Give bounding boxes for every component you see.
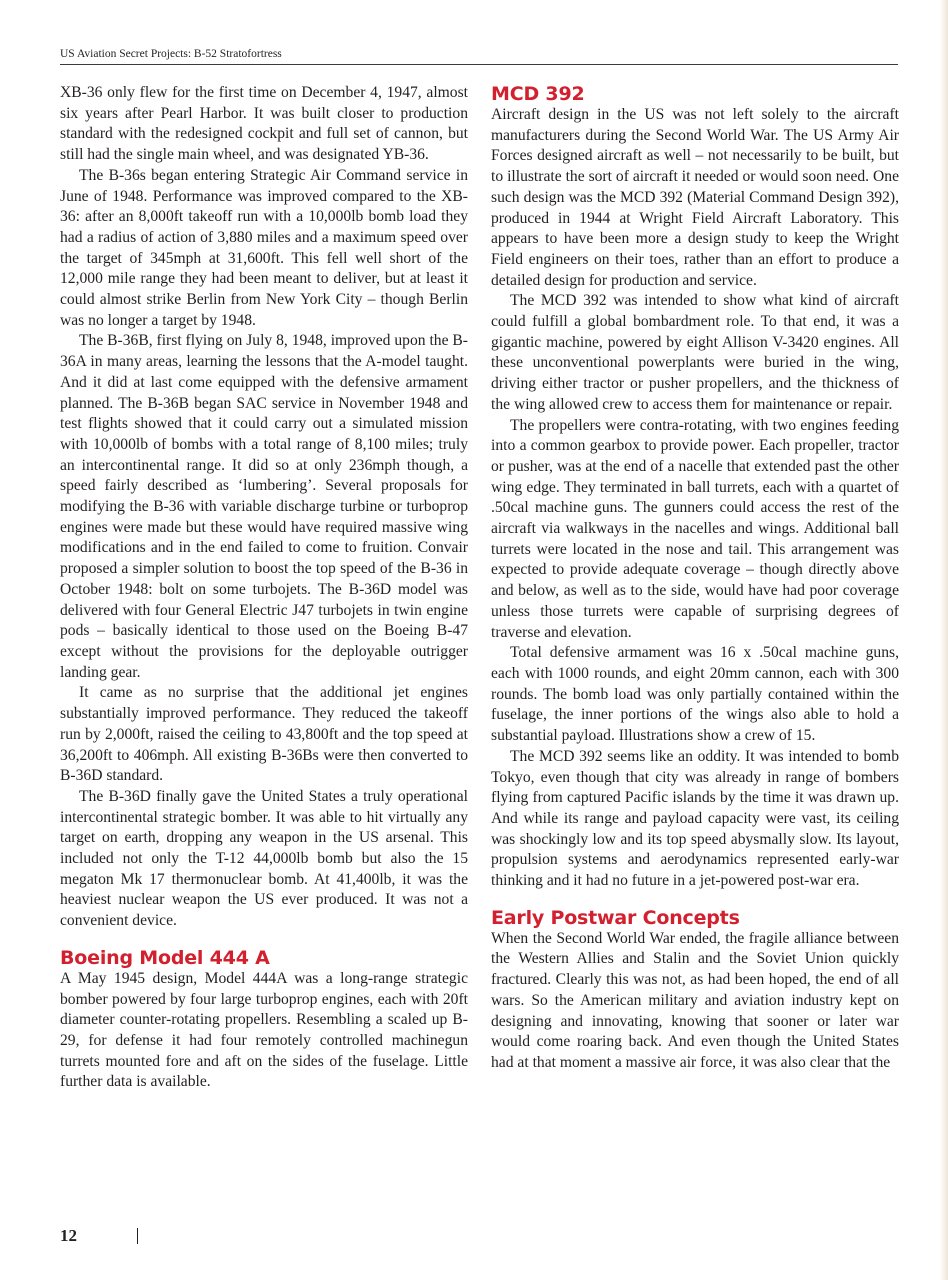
page-number: 12 [60, 1226, 77, 1246]
paragraph: The B-36B, first flying on July 8, 1948,… [60, 331, 468, 683]
running-head-title: US Aviation Secret Projects: B-52 Strato… [60, 47, 282, 61]
paragraph: A May 1945 design, Model 444A was a long… [60, 969, 468, 1093]
paragraph: The propellers were contra-rotating, wit… [491, 416, 899, 644]
paragraph: The B-36D finally gave the United States… [60, 787, 468, 932]
folio-divider [137, 1228, 138, 1244]
paragraph: When the Second World War ended, the fra… [491, 929, 899, 1074]
left-column: XB-36 only flew for the first time on De… [60, 83, 468, 1093]
section-heading-mcd-392: MCD 392 [491, 83, 899, 105]
paragraph: Total defensive armament was 16 x .50cal… [491, 643, 899, 747]
running-head: US Aviation Secret Projects: B-52 Strato… [60, 46, 898, 65]
section-heading-boeing-model-444a: Boeing Model 444 A [60, 947, 468, 969]
paragraph: The B-36s began entering Strategic Air C… [60, 166, 468, 332]
paragraph: It came as no surprise that the addition… [60, 683, 468, 787]
paragraph: Aircraft design in the US was not left s… [491, 105, 899, 291]
page-edge-shadow [940, 0, 948, 1280]
paragraph: The MCD 392 seems like an oddity. It was… [491, 747, 899, 892]
section-heading-early-postwar-concepts: Early Postwar Concepts [491, 907, 899, 929]
paragraph: XB-36 only flew for the first time on De… [60, 83, 468, 166]
paragraph: The MCD 392 was intended to show what ki… [491, 291, 899, 415]
right-column: MCD 392 Aircraft design in the US was no… [491, 83, 899, 1074]
